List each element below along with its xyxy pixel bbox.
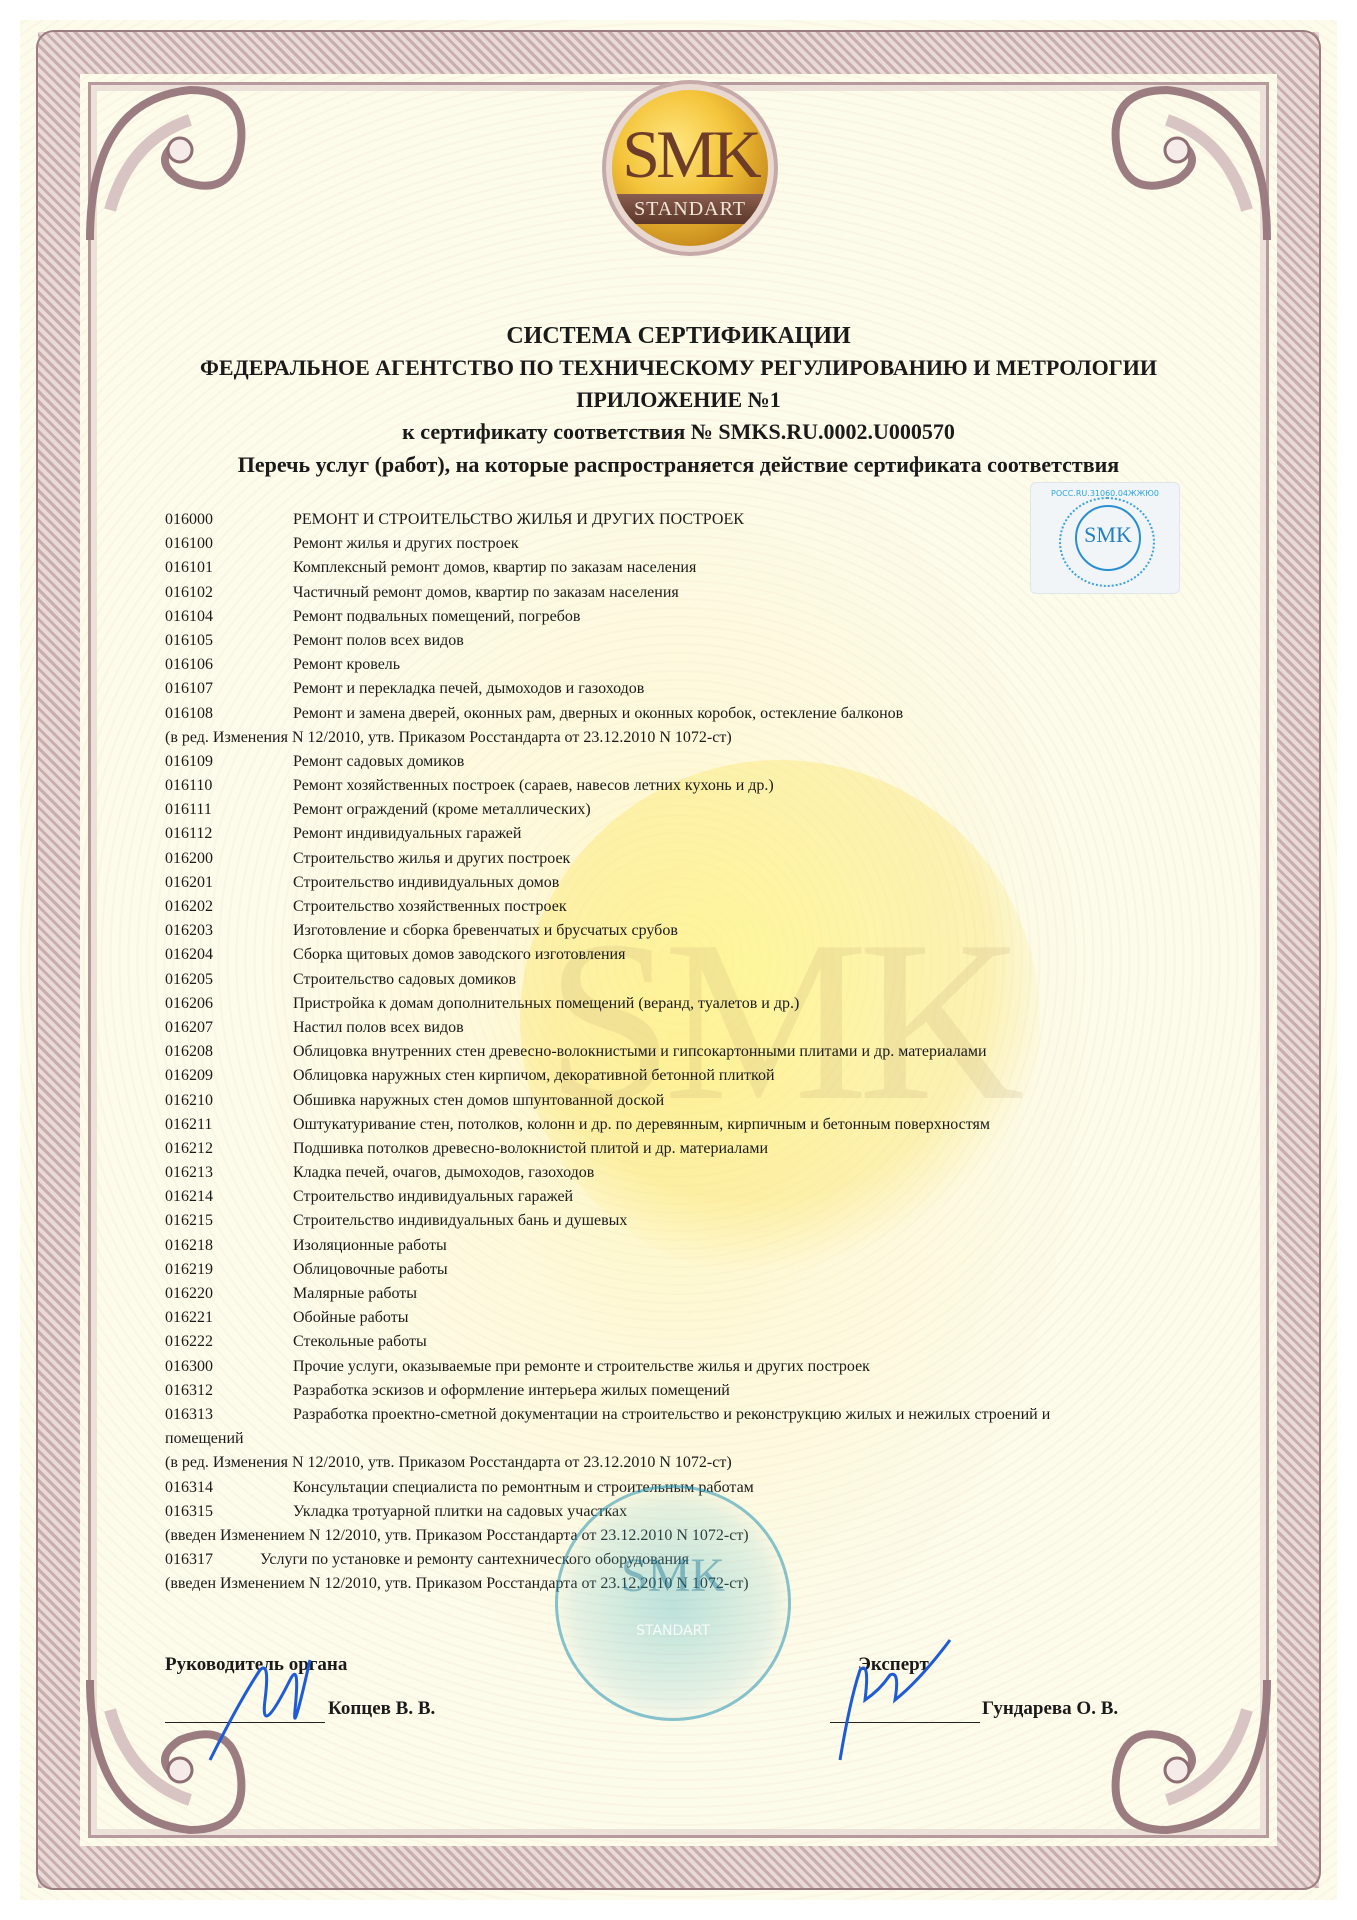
- service-description: Комплексный ремонт домов, квартир по зак…: [293, 556, 1205, 580]
- list-item: 016109Ремонт садовых домиков: [165, 750, 1205, 774]
- service-description: Облицовка внутренних стен древесно-волок…: [293, 1040, 1205, 1064]
- service-code: 016108: [165, 702, 293, 726]
- service-description: Строительство садовых домиков: [293, 968, 1205, 992]
- service-description: Изоляционные работы: [293, 1234, 1205, 1258]
- list-item: 016108Ремонт и замена дверей, оконных ра…: [165, 702, 1205, 726]
- service-description: Обойные работы: [293, 1306, 1205, 1330]
- service-description: Ремонт полов всех видов: [293, 629, 1205, 653]
- service-description: Ремонт и замена дверей, оконных рам, две…: [293, 702, 1205, 726]
- official-stamp: SMK STANDART: [555, 1485, 791, 1721]
- service-code: 016207: [165, 1016, 293, 1040]
- service-code: 016313: [165, 1403, 293, 1427]
- service-description: Прочие услуги, оказываемые при ремонте и…: [293, 1355, 1205, 1379]
- list-item: 016106Ремонт кровель: [165, 653, 1205, 677]
- list-item: 016207Настил полов всех видов: [165, 1016, 1205, 1040]
- service-description: Строительство индивидуальных гаражей: [293, 1185, 1205, 1209]
- service-code: 016212: [165, 1137, 293, 1161]
- service-code: 016215: [165, 1209, 293, 1233]
- list-item: 016201Строительство индивидуальных домов: [165, 871, 1205, 895]
- appendix-title: ПРИЛОЖЕНИЕ №1: [150, 384, 1207, 416]
- service-code: 016105: [165, 629, 293, 653]
- list-item: 016215Строительство индивидуальных бань …: [165, 1209, 1205, 1233]
- service-code: 016107: [165, 677, 293, 701]
- list-note: (в ред. Изменения N 12/2010, утв. Приказ…: [165, 1451, 1205, 1475]
- service-code: 016102: [165, 581, 293, 605]
- service-code: 016201: [165, 871, 293, 895]
- service-description: Подшивка потолков древесно-волокнистой п…: [293, 1137, 1205, 1161]
- service-description: Разработка эскизов и оформление интерьер…: [293, 1379, 1205, 1403]
- list-item: 016202Строительство хозяйственных постро…: [165, 895, 1205, 919]
- service-description: РЕМОНТ И СТРОИТЕЛЬСТВО ЖИЛЬЯ И ДРУГИХ ПО…: [293, 508, 1205, 532]
- service-code: 016110: [165, 774, 293, 798]
- service-description: Ремонт хозяйственных построек (сараев, н…: [293, 774, 1205, 798]
- service-code: 016314: [165, 1476, 293, 1500]
- service-description: Малярные работы: [293, 1282, 1205, 1306]
- service-description: Строительство индивидуальных бань и душе…: [293, 1209, 1205, 1233]
- list-item: 016100Ремонт жилья и других построек: [165, 532, 1205, 556]
- logo-brand: SMK: [612, 120, 768, 188]
- service-code: 016220: [165, 1282, 293, 1306]
- service-code: 016300: [165, 1355, 293, 1379]
- service-description: Строительство хозяйственных построек: [293, 895, 1205, 919]
- list-item: 016205Строительство садовых домиков: [165, 968, 1205, 992]
- list-item: 016312Разработка эскизов и оформление ин…: [165, 1379, 1205, 1403]
- list-item: 016221Обойные работы: [165, 1306, 1205, 1330]
- service-code: 016211: [165, 1113, 293, 1137]
- list-item: 016210Обшивка наружных стен домов шпунто…: [165, 1089, 1205, 1113]
- corner-ornament-icon: [1087, 1660, 1287, 1860]
- service-description: Строительство индивидуальных домов: [293, 871, 1205, 895]
- service-description: Строительство жилья и других построек: [293, 847, 1205, 871]
- service-code: 016315: [165, 1500, 293, 1524]
- service-description: Ремонт индивидуальных гаражей: [293, 822, 1205, 846]
- service-code: 016202: [165, 895, 293, 919]
- logo-subtitle: STANDART: [612, 194, 768, 224]
- service-description: Ремонт жилья и других построек: [293, 532, 1205, 556]
- list-item: 016220Малярные работы: [165, 1282, 1205, 1306]
- corner-ornament-icon: [70, 60, 270, 260]
- service-list: 016000РЕМОНТ И СТРОИТЕЛЬСТВО ЖИЛЬЯ И ДРУ…: [165, 508, 1205, 1596]
- list-item: 016102Частичный ремонт домов, квартир по…: [165, 581, 1205, 605]
- service-code: 016312: [165, 1379, 293, 1403]
- list-item: 016214Строительство индивидуальных гараж…: [165, 1185, 1205, 1209]
- service-code: 016208: [165, 1040, 293, 1064]
- service-description: Настил полов всех видов: [293, 1016, 1205, 1040]
- list-item: 016111Ремонт ограждений (кроме металличе…: [165, 798, 1205, 822]
- list-note: помещений: [165, 1427, 1205, 1451]
- list-item: 016219Облицовочные работы: [165, 1258, 1205, 1282]
- service-code: 016101: [165, 556, 293, 580]
- list-item: 016313Разработка проектно-сметной докуме…: [165, 1403, 1205, 1427]
- service-code: 016000: [165, 508, 293, 532]
- service-code: 016214: [165, 1185, 293, 1209]
- service-description: Ремонт кровель: [293, 653, 1205, 677]
- list-item: 016203Изготовление и сборка бревенчатых …: [165, 919, 1205, 943]
- list-item: 016101Комплексный ремонт домов, квартир …: [165, 556, 1205, 580]
- list-item: 016300Прочие услуги, оказываемые при рем…: [165, 1355, 1205, 1379]
- document-header: СИСТЕМА СЕРТИФИКАЦИИ ФЕДЕРАЛЬНОЕ АГЕНТСТ…: [150, 320, 1207, 482]
- list-note: (в ред. Изменения N 12/2010, утв. Приказ…: [165, 726, 1205, 750]
- smk-standart-logo: SMK STANDART: [612, 90, 768, 246]
- service-description: Частичный ремонт домов, квартир по заказ…: [293, 581, 1205, 605]
- service-description: Оштукатуривание стен, потолков, колонн и…: [293, 1113, 1205, 1137]
- service-code: 016203: [165, 919, 293, 943]
- service-code: 016109: [165, 750, 293, 774]
- list-item: 016107Ремонт и перекладка печей, дымоход…: [165, 677, 1205, 701]
- service-code: 016204: [165, 943, 293, 967]
- service-code: 016209: [165, 1064, 293, 1088]
- list-item: 016211Оштукатуривание стен, потолков, ко…: [165, 1113, 1205, 1137]
- service-code: 016218: [165, 1234, 293, 1258]
- agency-title: ФЕДЕРАЛЬНОЕ АГЕНТСТВО ПО ТЕХНИЧЕСКОМУ РЕ…: [150, 352, 1207, 384]
- service-description: Пристройка к домам дополнительных помеще…: [293, 992, 1205, 1016]
- list-item: 016222Стекольные работы: [165, 1330, 1205, 1354]
- head-name: Копцев В. В.: [328, 1698, 435, 1720]
- list-item: 016112Ремонт индивидуальных гаражей: [165, 822, 1205, 846]
- signature-icon: [200, 1640, 340, 1770]
- service-description: Облицовка наружных стен кирпичом, декора…: [293, 1064, 1205, 1088]
- list-item: 016105Ремонт полов всех видов: [165, 629, 1205, 653]
- list-item: 016204Сборка щитовых домов заводского из…: [165, 943, 1205, 967]
- list-title: Перечь услуг (работ), на которые распрос…: [150, 448, 1207, 482]
- list-item: 016212Подшивка потолков древесно-волокни…: [165, 1137, 1205, 1161]
- service-description: Обшивка наружных стен домов шпунтованной…: [293, 1089, 1205, 1113]
- signature-icon: [810, 1630, 970, 1770]
- list-item: 016200Строительство жилья и других постр…: [165, 847, 1205, 871]
- service-description: Изготовление и сборка бревенчатых и брус…: [293, 919, 1205, 943]
- service-description: Кладка печей, очагов, дымоходов, газоход…: [293, 1161, 1205, 1185]
- service-description: Разработка проектно-сметной документации…: [293, 1403, 1205, 1427]
- service-code: 016100: [165, 532, 293, 556]
- service-code: 016221: [165, 1306, 293, 1330]
- service-code: 016111: [165, 798, 293, 822]
- service-code: 016200: [165, 847, 293, 871]
- service-description: Сборка щитовых домов заводского изготовл…: [293, 943, 1205, 967]
- service-code: 016222: [165, 1330, 293, 1354]
- service-code: 016206: [165, 992, 293, 1016]
- service-description: Ремонт садовых домиков: [293, 750, 1205, 774]
- service-description: Стекольные работы: [293, 1330, 1205, 1354]
- service-code: 016104: [165, 605, 293, 629]
- system-title: СИСТЕМА СЕРТИФИКАЦИИ: [150, 320, 1207, 352]
- service-description: Облицовочные работы: [293, 1258, 1205, 1282]
- service-code: 016317: [165, 1548, 260, 1572]
- service-description: Ремонт и перекладка печей, дымоходов и г…: [293, 677, 1205, 701]
- certificate-reference: к сертификату соответствия № SMKS.RU.000…: [150, 416, 1207, 448]
- list-item: 016110Ремонт хозяйственных построек (сар…: [165, 774, 1205, 798]
- corner-ornament-icon: [1087, 60, 1287, 260]
- service-description: Ремонт ограждений (кроме металлических): [293, 798, 1205, 822]
- service-code: 016219: [165, 1258, 293, 1282]
- list-item: 016209Облицовка наружных стен кирпичом, …: [165, 1064, 1205, 1088]
- list-item: 016000РЕМОНТ И СТРОИТЕЛЬСТВО ЖИЛЬЯ И ДРУ…: [165, 508, 1205, 532]
- service-description: Консультации специалиста по ремонтным и …: [293, 1476, 1205, 1500]
- service-code: 016106: [165, 653, 293, 677]
- service-description: Ремонт подвальных помещений, погребов: [293, 605, 1205, 629]
- list-item: 016213Кладка печей, очагов, дымоходов, г…: [165, 1161, 1205, 1185]
- service-code: 016112: [165, 822, 293, 846]
- service-code: 016213: [165, 1161, 293, 1185]
- service-code: 016205: [165, 968, 293, 992]
- list-item: 016104Ремонт подвальных помещений, погре…: [165, 605, 1205, 629]
- service-code: 016210: [165, 1089, 293, 1113]
- list-item: 016218Изоляционные работы: [165, 1234, 1205, 1258]
- list-item: 016208Облицовка внутренних стен древесно…: [165, 1040, 1205, 1064]
- expert-name: Гундарева О. В.: [982, 1698, 1118, 1720]
- list-item: 016206Пристройка к домам дополнительных …: [165, 992, 1205, 1016]
